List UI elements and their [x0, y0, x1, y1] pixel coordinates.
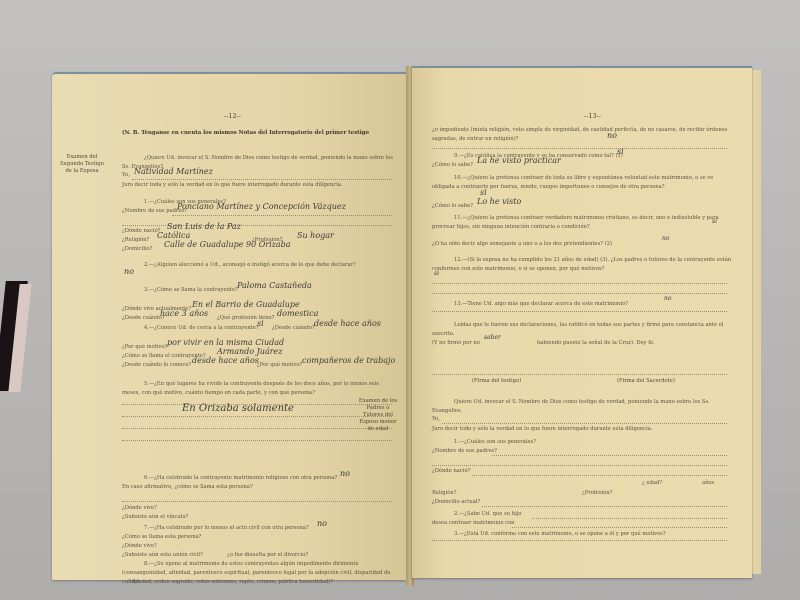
- persona-label: ¿Cómo se llama esta persona?: [122, 533, 201, 542]
- edad-label: ¿ edad?: [642, 479, 662, 488]
- page-number: --13--: [584, 112, 601, 120]
- desde2-handwritten: desde hace años: [314, 319, 394, 329]
- q7-answer: no: [317, 519, 327, 528]
- question-6: 6.—¿Ha celebrado la contrayente matrimon…: [144, 474, 337, 483]
- q4-answer: si: [257, 319, 264, 328]
- question-6b: En caso afirmativo, ¿cómo se llama esta …: [122, 483, 253, 492]
- q3-answer: Paloma Castañeda: [237, 281, 312, 290]
- question-5: 5.—¿En qué lugares ha vivido la contraye…: [122, 380, 394, 398]
- yo-handwritten: Natividad Martínez: [134, 167, 213, 176]
- question-2b-parents: desea contraer matrimonio con: [432, 519, 515, 528]
- signature-line: [432, 374, 727, 375]
- oath-question-parents: Quiere Ud. invocar el S. Nombre de Dios …: [432, 398, 732, 416]
- q9-como-handwritten: La he visto practicar: [477, 156, 561, 165]
- question-11: 11.—¿Quiere la pretensa contraer verdade…: [432, 214, 732, 232]
- dotted-line: [512, 527, 727, 528]
- no-firma-handwritten: saber: [484, 334, 501, 341]
- q6-answer: no: [340, 469, 350, 478]
- profesion2-handwritten: domestica: [277, 309, 318, 318]
- religion-label-parents: Religión?: [432, 489, 457, 498]
- no-firma-label: (Y no firmó por no: [432, 339, 480, 348]
- padres-label-parents: ¿Nombre de sus padres?: [432, 447, 497, 456]
- q8-answer: no: [132, 578, 139, 585]
- profesion2-label: ¿Qué profesión tiene?: [217, 314, 274, 323]
- vive-handwritten: En el Barrio de Guadalupe: [192, 300, 300, 309]
- question-8-continued: ¿o impediente (mixta religión, voto simp…: [432, 126, 732, 144]
- question-8: 8.—¿Se opone al matrimonio de estos cont…: [122, 560, 394, 587]
- question-7: 7.—¿Ha celebrado por lo menos el acto ci…: [144, 524, 309, 533]
- contrayente-handwritten: Armando Juárez: [217, 347, 283, 356]
- domicilio-label: ¿Domicilio?: [122, 245, 152, 254]
- witness-signature-label: (Firma del testigo): [472, 378, 521, 384]
- q11b-answer: no: [662, 235, 669, 242]
- anos-label: años: [702, 479, 714, 488]
- question-1-parents: 1.—¿Cuáles son sus generales?: [454, 438, 536, 447]
- q13-answer: no: [664, 295, 671, 302]
- question-13: 13.—Tiene Ud. algo más que declarar acer…: [454, 300, 628, 309]
- vive3-label: ¿Dónde vive?: [122, 542, 157, 551]
- profesion-handwritten: Su hogar: [297, 231, 334, 240]
- dotted-line: [122, 428, 392, 429]
- q8-continued-answer: no: [607, 131, 617, 140]
- question-2-parents: 2.—¿Sabe Ud. que su hijo: [454, 510, 521, 519]
- question-2: 2.—¿Alguien aleccionó a Ud., aconsejó o …: [144, 261, 394, 270]
- page-number: --12--: [224, 112, 241, 120]
- dotted-line: [472, 475, 727, 476]
- question-3: 3.—¿Cómo se llama la contrayente?: [144, 286, 238, 295]
- desde-label: ¿Desde cuándo?: [122, 314, 165, 323]
- question-12: 12.—(Si la esposa no ha cumplido los 21 …: [432, 256, 732, 274]
- stacked-page-edges: [752, 70, 761, 574]
- dotted-line: [432, 148, 727, 149]
- desde2-label: ¿Desde cuándo?: [272, 324, 315, 333]
- dotted-line: [122, 501, 392, 502]
- motivo2-label: ¿Por qué motivo?: [257, 361, 302, 370]
- q2-answer: no: [124, 267, 134, 276]
- q9-como-label: ¿Cómo lo sabe?: [432, 161, 473, 170]
- dotted-line: [492, 455, 727, 456]
- dotted-line: [122, 225, 392, 226]
- religion-label: ¿Religión?: [122, 236, 149, 245]
- yo-label: Yo,: [122, 171, 130, 180]
- conoce-handwritten: desde hace años: [192, 356, 259, 365]
- q11-answer: si: [712, 218, 717, 225]
- motivo2-handwritten: compañeros de trabajo: [302, 356, 397, 366]
- conoce-label: ¿Desde cuándo lo conoce?: [122, 361, 191, 370]
- subsiste-label: ¿Subsiste aún el vínculo?: [122, 513, 188, 522]
- question-3-parents: 3.—¿Está Ud. conforme con este matrimoni…: [454, 530, 666, 539]
- motivo-label: ¿Por qué motivo?: [122, 343, 167, 352]
- no-firma-end: habiendo puesto la señal de la Cruz). Do…: [537, 339, 655, 348]
- dotted-line: [442, 423, 727, 424]
- left-page: --12-- (N. B. Ténganse en cuenta los mis…: [52, 72, 406, 580]
- union-label: ¿Subsiste aún esta unión civil?: [122, 551, 203, 560]
- page-header: (N. B. Ténganse en cuenta los mismos Not…: [122, 130, 369, 136]
- dotted-line: [432, 283, 727, 284]
- q12-answer: si: [434, 270, 439, 277]
- nacio-label: ¿Dónde nació?: [122, 227, 160, 236]
- oath-text-parents: Juro decir todo y sólo la verdad en lo q…: [432, 425, 653, 434]
- open-booklet: --12-- (N. B. Ténganse en cuenta los mis…: [52, 66, 762, 586]
- q9-answer: si: [617, 147, 624, 156]
- q10-answer: si: [480, 188, 487, 197]
- dotted-line: [432, 311, 727, 312]
- nacio-label-parents: ¿Dónde nació?: [432, 467, 470, 476]
- dotted-line: [172, 215, 392, 216]
- oath-text: Juro decir toda y sólo la verdad en lo q…: [122, 181, 343, 190]
- section-label: Examen del Segundo Testigo de la Esposa: [60, 154, 104, 175]
- domicilio-label-parents: ¿Domicilio actual?: [432, 498, 480, 507]
- motivo-handwritten: por vivir en la misma Ciudad: [167, 338, 284, 347]
- religion-handwritten: Católica: [157, 231, 190, 240]
- q5-answer: En Orizaba solamente: [182, 403, 294, 414]
- right-page: --13-- ¿o impediente (mixta religión, vo…: [412, 66, 752, 578]
- dotted-line: [432, 540, 727, 541]
- dotted-line: [532, 518, 727, 519]
- dotted-line: [482, 506, 727, 507]
- ratification-text: Leídas que le fueron sus declaraciones, …: [432, 321, 732, 339]
- question-4: 4.—¿Conoce Ud. de cerca a la contrayente…: [144, 324, 259, 333]
- section-label-parents: Examen de los Padres o Tutores del Espos…: [356, 398, 400, 433]
- question-10: 10.—¿Quiere la pretensa contraer de toda…: [432, 174, 732, 192]
- nacio-handwritten: San Luis de la Paz: [167, 222, 241, 231]
- dotted-line: [432, 293, 727, 294]
- dotted-line: [122, 416, 392, 417]
- desde-handwritten: hace 3 años: [160, 309, 208, 318]
- priest-signature-label: (Firma del Sacerdote): [617, 378, 675, 384]
- domicilio-handwritten: Calle de Guadalupe 90 Orizaba: [164, 240, 291, 249]
- q10-como-label: ¿Cómo lo sabe?: [432, 202, 473, 211]
- question-11b: ¿O ha oído decir algo semejante a uno o …: [432, 240, 612, 249]
- padres-handwritten: Ponciano Martínez y Concepción Vázquez: [177, 202, 387, 212]
- profesion-label-parents: ¿Profesión?: [582, 489, 612, 498]
- q10-como-handwritten: Lo he visto: [477, 197, 521, 206]
- dotted-line: [132, 179, 392, 180]
- vive2-label: ¿Dónde vive?: [122, 504, 157, 513]
- dotted-line: [122, 440, 392, 441]
- dotted-line: [432, 465, 727, 466]
- divorcio-label: ¿o fue disuelta por el divorcio?: [227, 551, 308, 560]
- yo-label-parents: Yo,: [432, 415, 440, 424]
